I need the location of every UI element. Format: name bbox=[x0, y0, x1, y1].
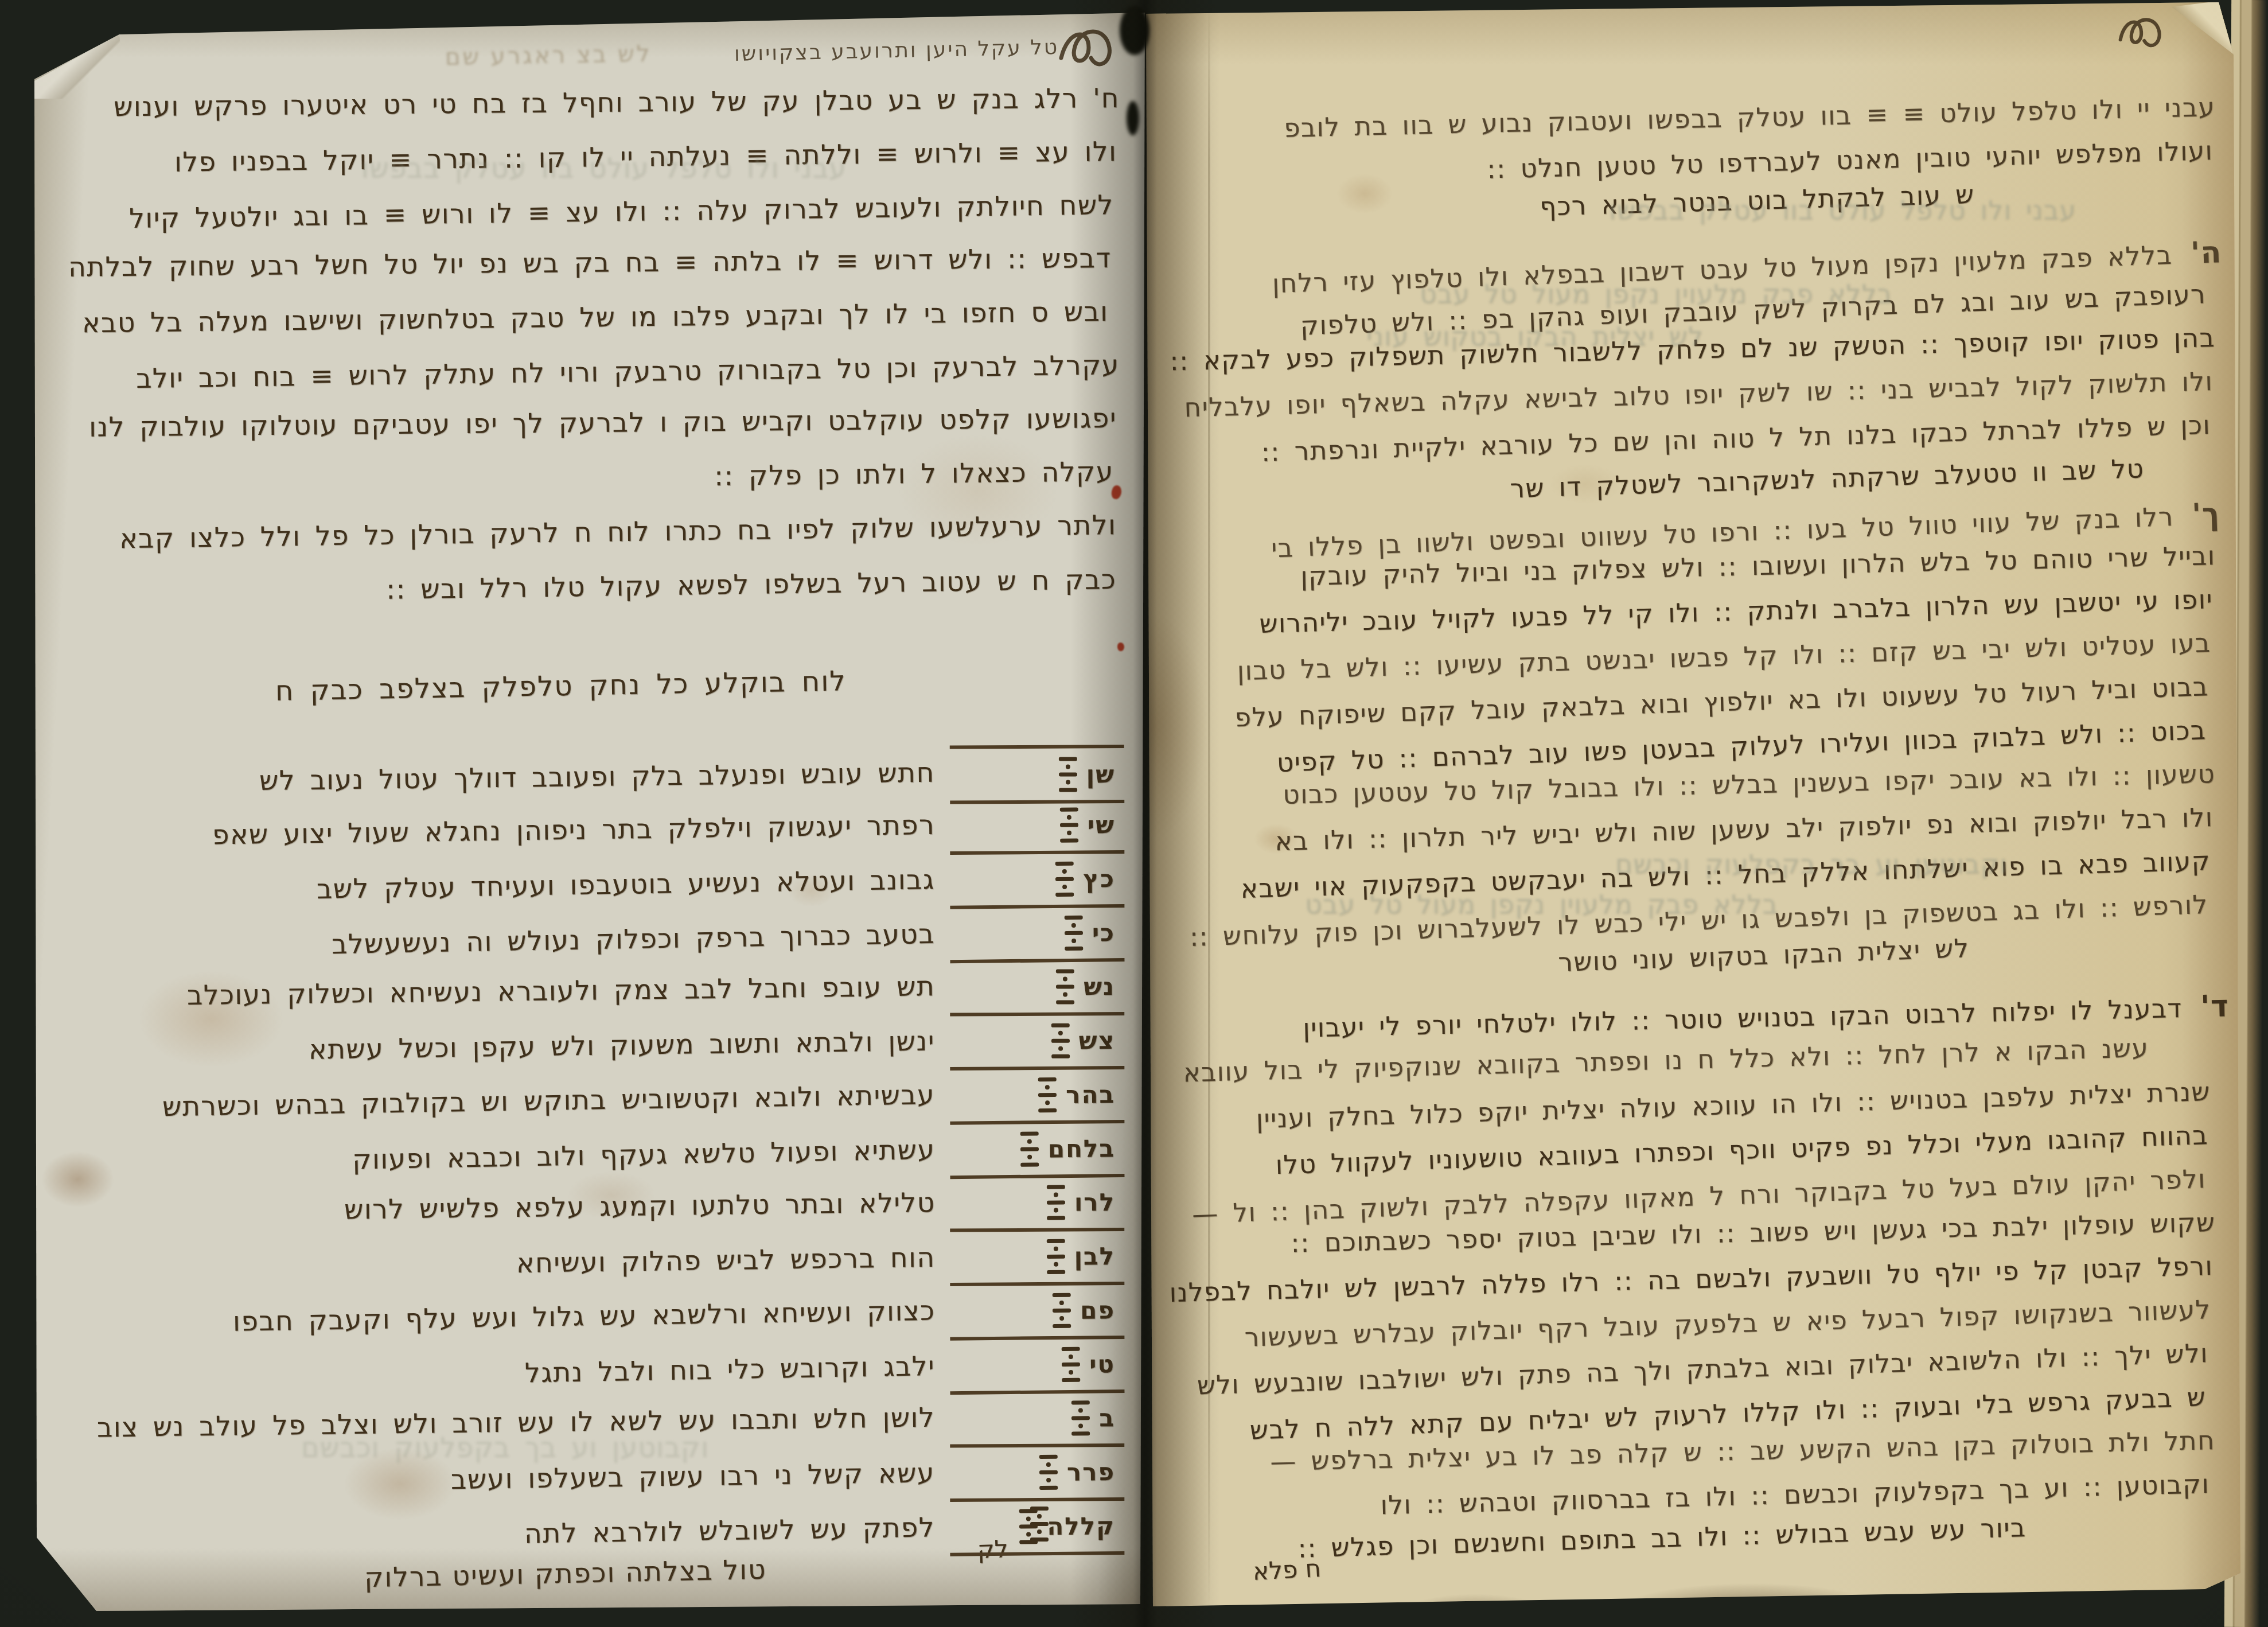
list-item-row: בהרעבשיתא ולובא וקטשוביש בתוקש וש בקולבו… bbox=[73, 1068, 1125, 1132]
list-item-row: לרוטלילא ובתר טלתעו וקמעג עלפא פלשיש לרו… bbox=[73, 1176, 1124, 1237]
chain-dot bbox=[1037, 1529, 1042, 1534]
list-item-text: לפתק עש לשובלש לולרבא לתה bbox=[524, 1512, 936, 1550]
chain-bar bbox=[1047, 1254, 1065, 1258]
list-chain-mark bbox=[1062, 1346, 1081, 1381]
list-item-text: חתש עובש ופנעלב בלק ופעובב דוולך עטול נע… bbox=[259, 757, 935, 796]
chain-dot bbox=[1046, 1462, 1051, 1466]
left-paragraph-line: ובש ס חזפו בי לו לך ובקבע פלבו מו של טבק… bbox=[81, 296, 1108, 339]
list-chain-mark bbox=[1051, 1023, 1069, 1058]
list-marker-cell: בהר bbox=[950, 1068, 1125, 1125]
bleedthrough-ghost-line: עבני ולו טלפל עולט בוו עטלק בבפשו bbox=[1609, 195, 2076, 225]
list-marker-label: נש bbox=[1084, 972, 1115, 1001]
chain-dot bbox=[1063, 992, 1067, 997]
chain-bar bbox=[1059, 788, 1077, 792]
chain-bar bbox=[1059, 772, 1077, 776]
list-marker-label: פרר bbox=[1067, 1458, 1116, 1486]
list-marker-label: בלחם bbox=[1048, 1134, 1116, 1163]
right-manuscript-line: טל שב וו טטעלב שרקתה לנשקרובר לשטלק דו ש… bbox=[1510, 453, 2145, 504]
left-page-text: טל עקל היען ותרועבע בצקויושו לש בצ ראגרע… bbox=[33, 9, 1145, 1612]
chain-dot bbox=[1071, 923, 1076, 927]
list-item-row: פםכצווק ועשיחא ורלשבא עש גלול ועש עלף וק… bbox=[73, 1284, 1125, 1348]
chain-bar bbox=[1047, 1185, 1065, 1189]
chain-dot bbox=[1067, 815, 1071, 819]
chain-dot bbox=[1062, 869, 1067, 873]
list-item-row: נשתש עובפ וחבל לבב צמק ולעוברא נעשיחא וכ… bbox=[73, 960, 1124, 1021]
bleedthrough-ghost-line: וקבוטען וע בך בקפלעוק וכבשם bbox=[301, 1432, 709, 1463]
list-item-row: שירפתר יעגשוק וילפלק בתר ניפוהן נחגלא שע… bbox=[73, 799, 1125, 861]
chain-bar bbox=[1038, 1093, 1057, 1097]
chain-bar bbox=[1047, 1216, 1065, 1220]
list-chain-mark bbox=[1020, 1131, 1039, 1166]
chain-dot bbox=[1058, 1030, 1063, 1035]
list-marker-cell: צש bbox=[950, 1014, 1125, 1071]
chain-bar bbox=[1060, 838, 1078, 842]
left-paragraph-line: יפגושעו קלפט עוקלבט וקביש בוק ו לברעק לך… bbox=[89, 403, 1117, 443]
chain-dot bbox=[1078, 1408, 1083, 1412]
chain-bar bbox=[1060, 807, 1078, 811]
chain-bar bbox=[1055, 861, 1074, 865]
chain-bar bbox=[1051, 1054, 1070, 1058]
list-chain-mark bbox=[1053, 1293, 1071, 1328]
chain-bar bbox=[1064, 915, 1082, 919]
chain-bar bbox=[1047, 1200, 1065, 1204]
chain-dot bbox=[1046, 1477, 1051, 1482]
list-marker-cell: פם bbox=[950, 1284, 1125, 1341]
right-manuscript-line: לש יצלית הבקו בטקוש עוני טושר bbox=[1558, 933, 1970, 978]
chain-bar bbox=[1065, 931, 1083, 935]
list-item-text: ילבג וקרובש כלי בוח ולבל נתגל bbox=[525, 1350, 936, 1388]
chain-bar bbox=[1051, 1023, 1069, 1027]
left-paragraph-line: עקרלב לברעק וכן טל בקבורוק טרבעק ורוי לח… bbox=[136, 349, 1120, 395]
gutter-shadow-blob bbox=[1127, 101, 1139, 135]
list-marker-cell: שי bbox=[950, 799, 1125, 855]
chain-bar bbox=[1038, 1108, 1057, 1112]
list-marker-cell: כץ bbox=[950, 853, 1125, 909]
red-wax-speck bbox=[1117, 643, 1124, 651]
chain-bar bbox=[1056, 892, 1074, 896]
list-chain-mark bbox=[1056, 969, 1074, 1004]
bleedthrough-ghost-line: לש יצלית הבקו בטקוש עוני bbox=[1366, 321, 1704, 352]
chain-bar bbox=[1051, 1038, 1070, 1042]
list-item-row: קללהלפתק עש לשובלש לולרבא לתה bbox=[73, 1500, 1125, 1564]
list-item-text: רפתר יעגשוק וילפלק בתר ניפוהן נחגלא שעול… bbox=[212, 809, 936, 851]
chain-dot bbox=[1069, 1354, 1073, 1359]
list-marker-cell: לבן bbox=[950, 1230, 1125, 1286]
chain-dot bbox=[1045, 1100, 1050, 1105]
chain-dot bbox=[1063, 976, 1067, 981]
list-chain-mark bbox=[1064, 915, 1083, 950]
list-item-row: כץגבונב ועטלא נעשיע בוטעבפו ועעיחד עטלק … bbox=[73, 853, 1125, 917]
list-chain-mark bbox=[1030, 1507, 1049, 1542]
chain-bar bbox=[1020, 1162, 1039, 1166]
chain-dot bbox=[1066, 764, 1070, 769]
chain-dot bbox=[1078, 1423, 1083, 1428]
list-marker-label: כץ bbox=[1083, 865, 1115, 893]
chain-bar bbox=[1053, 1324, 1071, 1328]
chain-bar bbox=[1039, 1470, 1058, 1474]
chain-bar bbox=[1053, 1293, 1071, 1297]
list-chain-mark bbox=[1038, 1077, 1057, 1112]
list-marker-cell: נש bbox=[950, 960, 1124, 1017]
header-flourish-icon bbox=[1057, 22, 1125, 75]
list-marker-cell: ב bbox=[950, 1392, 1124, 1448]
chain-bar bbox=[1055, 877, 1074, 881]
chain-dot bbox=[1066, 780, 1070, 784]
list-item-text: הוח ברכפש לביש פהלוק ועשיחא bbox=[516, 1241, 935, 1279]
left-paragraph-line: ח' רלג בנק ש בע טבלן עק של עורב וחףל בז … bbox=[114, 83, 1120, 123]
chain-dot bbox=[1037, 1514, 1042, 1519]
list-item-text: כצווק ועשיחא ורלשבא עש גלול ועש עלף וקעב… bbox=[232, 1295, 935, 1337]
bleedthrough-ghost-line: וקבוטען וע בך בקפלעוק וכבשם bbox=[1615, 849, 2008, 879]
left-page-divider-line: לוח בוקלע כל נחק טלפלק בצלפב כבק ח bbox=[275, 665, 847, 707]
list-item-text: תש עובפ וחבל לבב צמק ולעוברא נעשיחא וכשל… bbox=[187, 971, 936, 1011]
section-letter-marker: ד' bbox=[2200, 989, 2230, 1024]
left-paragraph-line: ולתר ערעלשעו שלוק לפיו בח כתרו לוח ח לרע… bbox=[119, 509, 1117, 555]
chain-dot bbox=[1059, 1315, 1064, 1320]
bleedthrough-ghost-line: בללא פבק מלעוין נקפן מעול טל עבט bbox=[1305, 889, 1778, 920]
bleedthrough-ghost-line: עבני ולו טלפל עולט בוו עטלק בבפשו bbox=[361, 153, 847, 184]
list-chain-mark bbox=[1039, 1454, 1058, 1489]
list-marker-label: טי bbox=[1089, 1350, 1115, 1378]
header-ghost-text: לש בצ ראגרע שם bbox=[445, 41, 652, 71]
chain-dot bbox=[1062, 884, 1067, 889]
chain-bar bbox=[1062, 1346, 1080, 1350]
list-marker-label: ב bbox=[1099, 1404, 1115, 1432]
list-item-text: בטעב כברוך ברפק וכפלוק נעולש וה נעשעשלב bbox=[332, 918, 936, 960]
list-marker-label: צש bbox=[1079, 1026, 1116, 1054]
list-marker-label: לרו bbox=[1074, 1188, 1115, 1216]
chain-bar bbox=[1062, 1362, 1080, 1366]
chain-bar bbox=[1071, 1400, 1090, 1404]
chain-dot bbox=[1054, 1208, 1058, 1212]
chain-dot bbox=[1069, 1369, 1073, 1374]
list-marker-cell: בלחם bbox=[950, 1122, 1125, 1179]
chain-dot bbox=[1067, 830, 1071, 835]
chain-bar bbox=[1020, 1147, 1039, 1151]
right-manuscript-line: ביור עש עבש בבולש :: ולו בב בתופם וחשנשם… bbox=[1297, 1512, 2026, 1564]
gutter-shadow-blob bbox=[1120, 6, 1149, 55]
right-manuscript-line: יופו עי יטשבן עש הלרון בלברב ולנתק :: ול… bbox=[1259, 584, 2214, 639]
left-paragraph-line: כבק ח ש עטוב רעל בשלפו לפשא עקול טלו רלל… bbox=[386, 564, 1117, 606]
chain-bar bbox=[1071, 1416, 1090, 1420]
list-marker-cell: טי bbox=[950, 1338, 1125, 1395]
chain-bar bbox=[1056, 1000, 1074, 1004]
right-manuscript-line: ועולו מפלפש יוהעי טובין מאנט לעברדפו טל … bbox=[1487, 135, 2214, 185]
list-chain-mark bbox=[1059, 757, 1077, 792]
chain-bar bbox=[1030, 1522, 1049, 1526]
chain-dot bbox=[1054, 1192, 1058, 1197]
chain-bar bbox=[1047, 1270, 1065, 1274]
list-marker-label: שי bbox=[1088, 811, 1116, 839]
list-item-row: צשינשן ולבתא ותשוב משעוק ולש עקפן וכשל ע… bbox=[73, 1014, 1125, 1077]
chain-dot bbox=[1027, 1139, 1032, 1143]
list-chain-mark bbox=[1055, 861, 1074, 896]
list-item-text: עשתיא ופעול טלשא געקף ולוב וכבבא ופעווק bbox=[352, 1134, 935, 1176]
chain-bar bbox=[1053, 1308, 1071, 1312]
chain-bar bbox=[1039, 1454, 1058, 1458]
chain-dot bbox=[1053, 1246, 1058, 1251]
list-chain-mark bbox=[1071, 1400, 1090, 1435]
chain-dot bbox=[1054, 1262, 1058, 1266]
left-page: טל עקל היען ותרועבע בצקויושו לש בצ ראגרע… bbox=[33, 9, 1145, 1612]
chain-bar bbox=[1060, 823, 1078, 827]
list-marker-label: בהר bbox=[1066, 1080, 1115, 1109]
chain-dot bbox=[1058, 1046, 1063, 1050]
right-manuscript-line: ולו רבל יולפוק ובוא נפ יולפוק ילב עשען ש… bbox=[1275, 802, 2214, 857]
chain-bar bbox=[1056, 969, 1074, 973]
list-marker-cell: כי bbox=[950, 906, 1125, 963]
list-marker-cell: פרר bbox=[950, 1446, 1125, 1502]
left-paragraph-line: לשח חיולתק ולעובש לברוק עלה :: ולו עצ ≡ … bbox=[129, 189, 1114, 235]
list-item-text: טלילא ובתר טלתעו וקמעג עלפא פלשיש לרוש bbox=[344, 1187, 935, 1226]
chain-bar bbox=[1065, 946, 1083, 950]
bleedthrough-ghost-line: בללא פבק מלעוין נקפן מעול טל עבט bbox=[1420, 279, 1893, 309]
list-marker-label: כי bbox=[1092, 918, 1116, 947]
manuscript-scan: טל עקל היען ותרועבע בצקויושו לש בצ ראגרע… bbox=[0, 0, 2268, 1627]
list-chain-mark bbox=[1046, 1239, 1065, 1274]
chain-bar bbox=[1056, 984, 1074, 988]
chain-dot bbox=[1071, 938, 1076, 943]
section-letter-marker: ך' bbox=[2191, 497, 2220, 532]
chain-bar bbox=[1038, 1077, 1057, 1081]
chain-bar bbox=[1030, 1538, 1049, 1542]
left-paragraph-line: דבפש :: ולש דרוש ≡ לו בלתה ≡ בח בק בש נפ… bbox=[68, 243, 1111, 283]
right-manuscript-line: וקבוטען :: וע בך בקפלעוק וכבשם :: ולו בז… bbox=[1380, 1469, 2210, 1520]
left-paragraph-line: עקלה כצאלו ל ולתו כן פלק :: bbox=[714, 456, 1114, 492]
chain-dot bbox=[1045, 1085, 1050, 1089]
list-marker-label: שן bbox=[1086, 760, 1116, 788]
list-marker-label: לבן bbox=[1074, 1242, 1115, 1270]
chain-bar bbox=[1030, 1507, 1049, 1511]
chain-bar bbox=[1039, 1485, 1058, 1489]
list-marker-cell: שן bbox=[950, 745, 1125, 804]
chain-bar bbox=[1071, 1431, 1090, 1435]
chain-bar bbox=[1059, 757, 1077, 761]
chain-bar bbox=[1062, 1377, 1080, 1381]
list-item-text: גבונב ועטלא נעשיע בוטעבפו ועעיחד עטלק לש… bbox=[317, 864, 935, 905]
chain-bar bbox=[1020, 1131, 1039, 1135]
list-item-text: עבשיתא ולובא וקטשוביש בתוקש וש בקולבוק ב… bbox=[162, 1079, 936, 1123]
left-page-header: טל עקל היען ותרועבע בצקויושו bbox=[734, 36, 1059, 66]
corner-flourish-icon bbox=[2115, 10, 2175, 56]
list-chain-mark bbox=[1047, 1185, 1065, 1220]
right-page: ח פלא עבני יי ולו טלפל עולט ≡ ≡ בוו עטלק… bbox=[1144, 0, 2248, 1613]
list-item-row: שןחתש עובש ופנעלב בלק ופעובב דוולך עטול … bbox=[73, 745, 1125, 809]
chain-bar bbox=[1046, 1239, 1065, 1243]
list-item-row: לבןהוח ברכפש לביש פהלוק ועשיחא bbox=[73, 1230, 1125, 1293]
chain-dot bbox=[1059, 1300, 1064, 1305]
list-chain-mark bbox=[1060, 807, 1078, 842]
chain-dot bbox=[1027, 1154, 1032, 1159]
list-marker-label: פם bbox=[1080, 1296, 1115, 1325]
catchword-chain-mark bbox=[1021, 1502, 1058, 1542]
right-manuscript-line: עבני יי ולו טלפל עולט ≡ ≡ בוו עטלק בבפשו… bbox=[1284, 92, 2216, 143]
right-page-text: ח פלא עבני יי ולו טלפל עולט ≡ ≡ בוו עטלק… bbox=[1144, 0, 2248, 1613]
section-letter-marker: ה' bbox=[2190, 235, 2223, 271]
list-marker-cell: לרו bbox=[950, 1176, 1124, 1232]
list-item-text: ינשן ולבתא ותשוב משעוק ולש עקפן וכשל עשת… bbox=[309, 1025, 935, 1065]
